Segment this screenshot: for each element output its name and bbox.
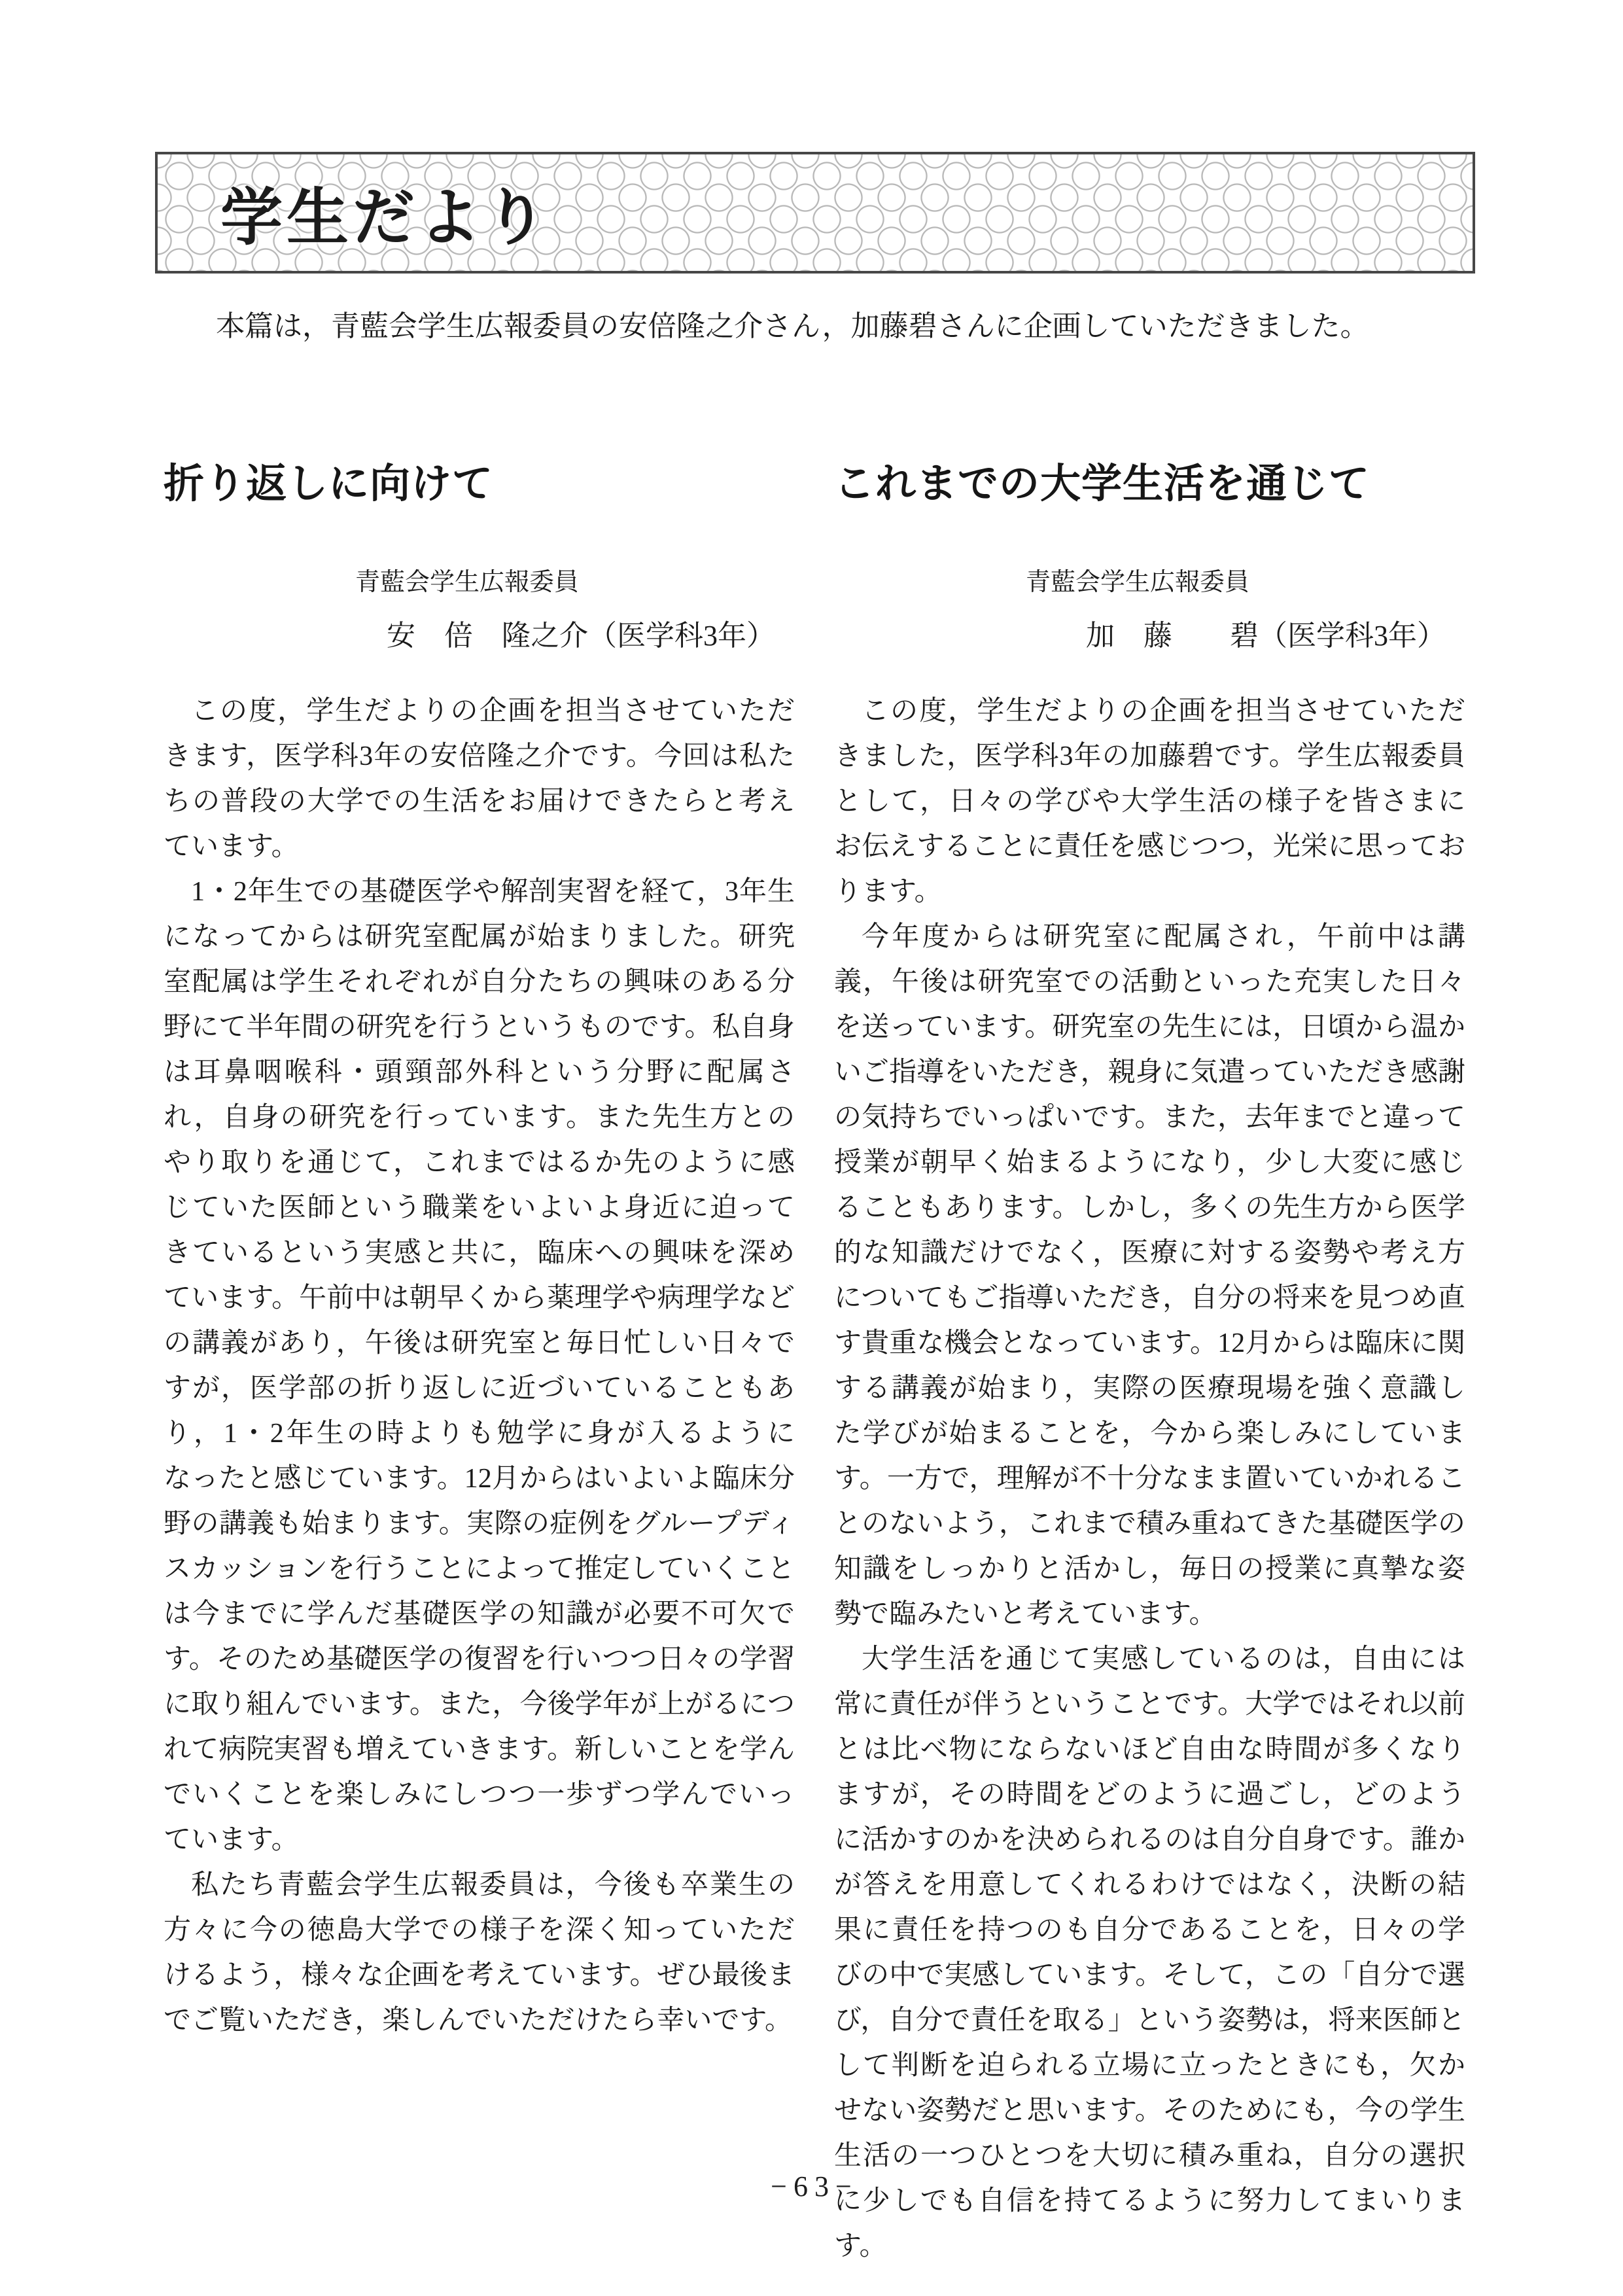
article-columns: 折り返しに向けて 青藍会学生広報委員 安 倍 隆之介（医学科3年） この度，学生…: [164, 460, 1465, 2269]
paragraph: 1・2年生での基礎医学や解剖実習を経て，3年生になってからは研究室配属が始まりま…: [164, 870, 795, 1863]
section-header-banner: 学生だより: [155, 152, 1475, 274]
byline-organization: 青藍会学生広報委員: [834, 567, 1465, 597]
byline-organization: 青藍会学生広報委員: [164, 567, 795, 597]
article-left: 折り返しに向けて 青藍会学生広報委員 安 倍 隆之介（医学科3年） この度，学生…: [164, 460, 795, 2269]
article-left-body: この度，学生だよりの企画を担当させていただきます，医学科3年の安倍隆之介です。今…: [164, 689, 795, 2043]
byline-author-name: 安 倍 隆之介（医学科3年）: [164, 618, 795, 654]
article-left-byline: 青藍会学生広報委員 安 倍 隆之介（医学科3年）: [164, 567, 795, 654]
article-right-title: これまでの大学生活を通じて: [834, 460, 1465, 508]
section-title: 学生だより: [158, 168, 551, 257]
paragraph: この度，学生だよりの企画を担当させていただきました，医学科3年の加藤碧です。学生…: [834, 689, 1465, 915]
article-right: これまでの大学生活を通じて 青藍会学生広報委員 加 藤 碧（医学科3年） この度…: [834, 460, 1465, 2269]
paragraph: 今年度からは研究室に配属され，午前中は講義，午後は研究室での活動といった充実した…: [834, 915, 1465, 1637]
newsletter-page: 学生だより 本篇は，青藍会学生広報委員の安倍隆之介さん，加藤碧さんに企画していた…: [0, 0, 1623, 2296]
article-right-body: この度，学生だよりの企画を担当させていただきました，医学科3年の加藤碧です。学生…: [834, 689, 1465, 2269]
page-number: −63−: [164, 2170, 1465, 2203]
intro-sentence: 本篇は，青藍会学生広報委員の安倍隆之介さん，加藤碧さんに企画していただきました。: [164, 308, 1465, 345]
paragraph: 私たち青藍会学生広報委員は，今後も卒業生の方々に今の徳島大学での様子を深く知って…: [164, 1863, 795, 2043]
article-right-byline: 青藍会学生広報委員 加 藤 碧（医学科3年）: [834, 567, 1465, 654]
byline-author-name: 加 藤 碧（医学科3年）: [834, 618, 1465, 654]
article-left-title: 折り返しに向けて: [164, 460, 795, 508]
paragraph: この度，学生だよりの企画を担当させていただきます，医学科3年の安倍隆之介です。今…: [164, 689, 795, 870]
